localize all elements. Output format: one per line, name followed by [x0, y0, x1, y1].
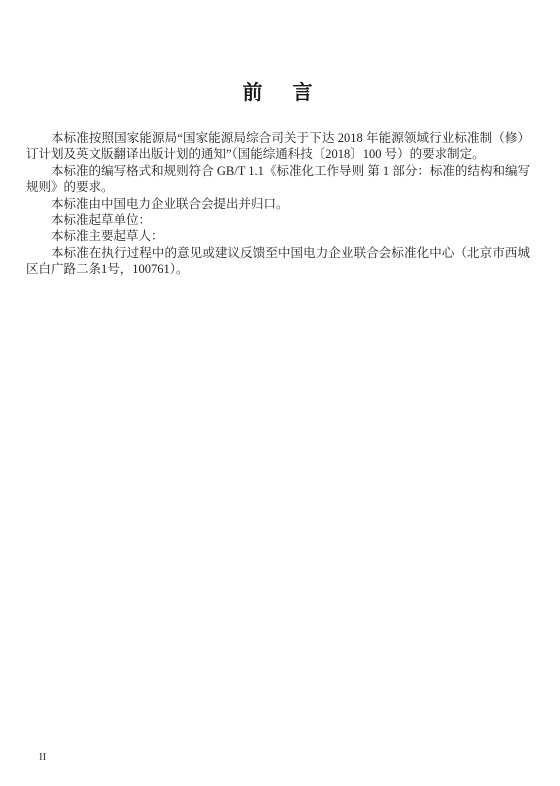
page-title: 前 言 [0, 76, 560, 105]
paragraph-format-rules: 本标准的编写格式和规则符合 GB/T 1.1《标准化工作导则 第 1 部分：标准… [26, 163, 530, 196]
paragraph-basis: 本标准按照国家能源局“国家能源局综合司关于下达 2018 年能源领域行业标准制（… [26, 130, 530, 163]
paragraph-feedback-address: 本标准在执行过程中的意见或建议反馈至中国电力企业联合会标准化中心（北京市西城区白… [26, 245, 530, 278]
paragraph-drafting-organizations: 本标准起草单位： [26, 212, 530, 228]
paragraph-proposed-by: 本标准由中国电力企业联合会提出并归口。 [26, 196, 530, 212]
document-page: 前 言 本标准按照国家能源局“国家能源局综合司关于下达 2018 年能源领域行业… [0, 0, 560, 786]
page-number: II [39, 751, 46, 763]
paragraph-main-drafters: 本标准主要起草人： [26, 228, 530, 244]
document-body: 本标准按照国家能源局“国家能源局综合司关于下达 2018 年能源领域行业标准制（… [26, 130, 530, 278]
